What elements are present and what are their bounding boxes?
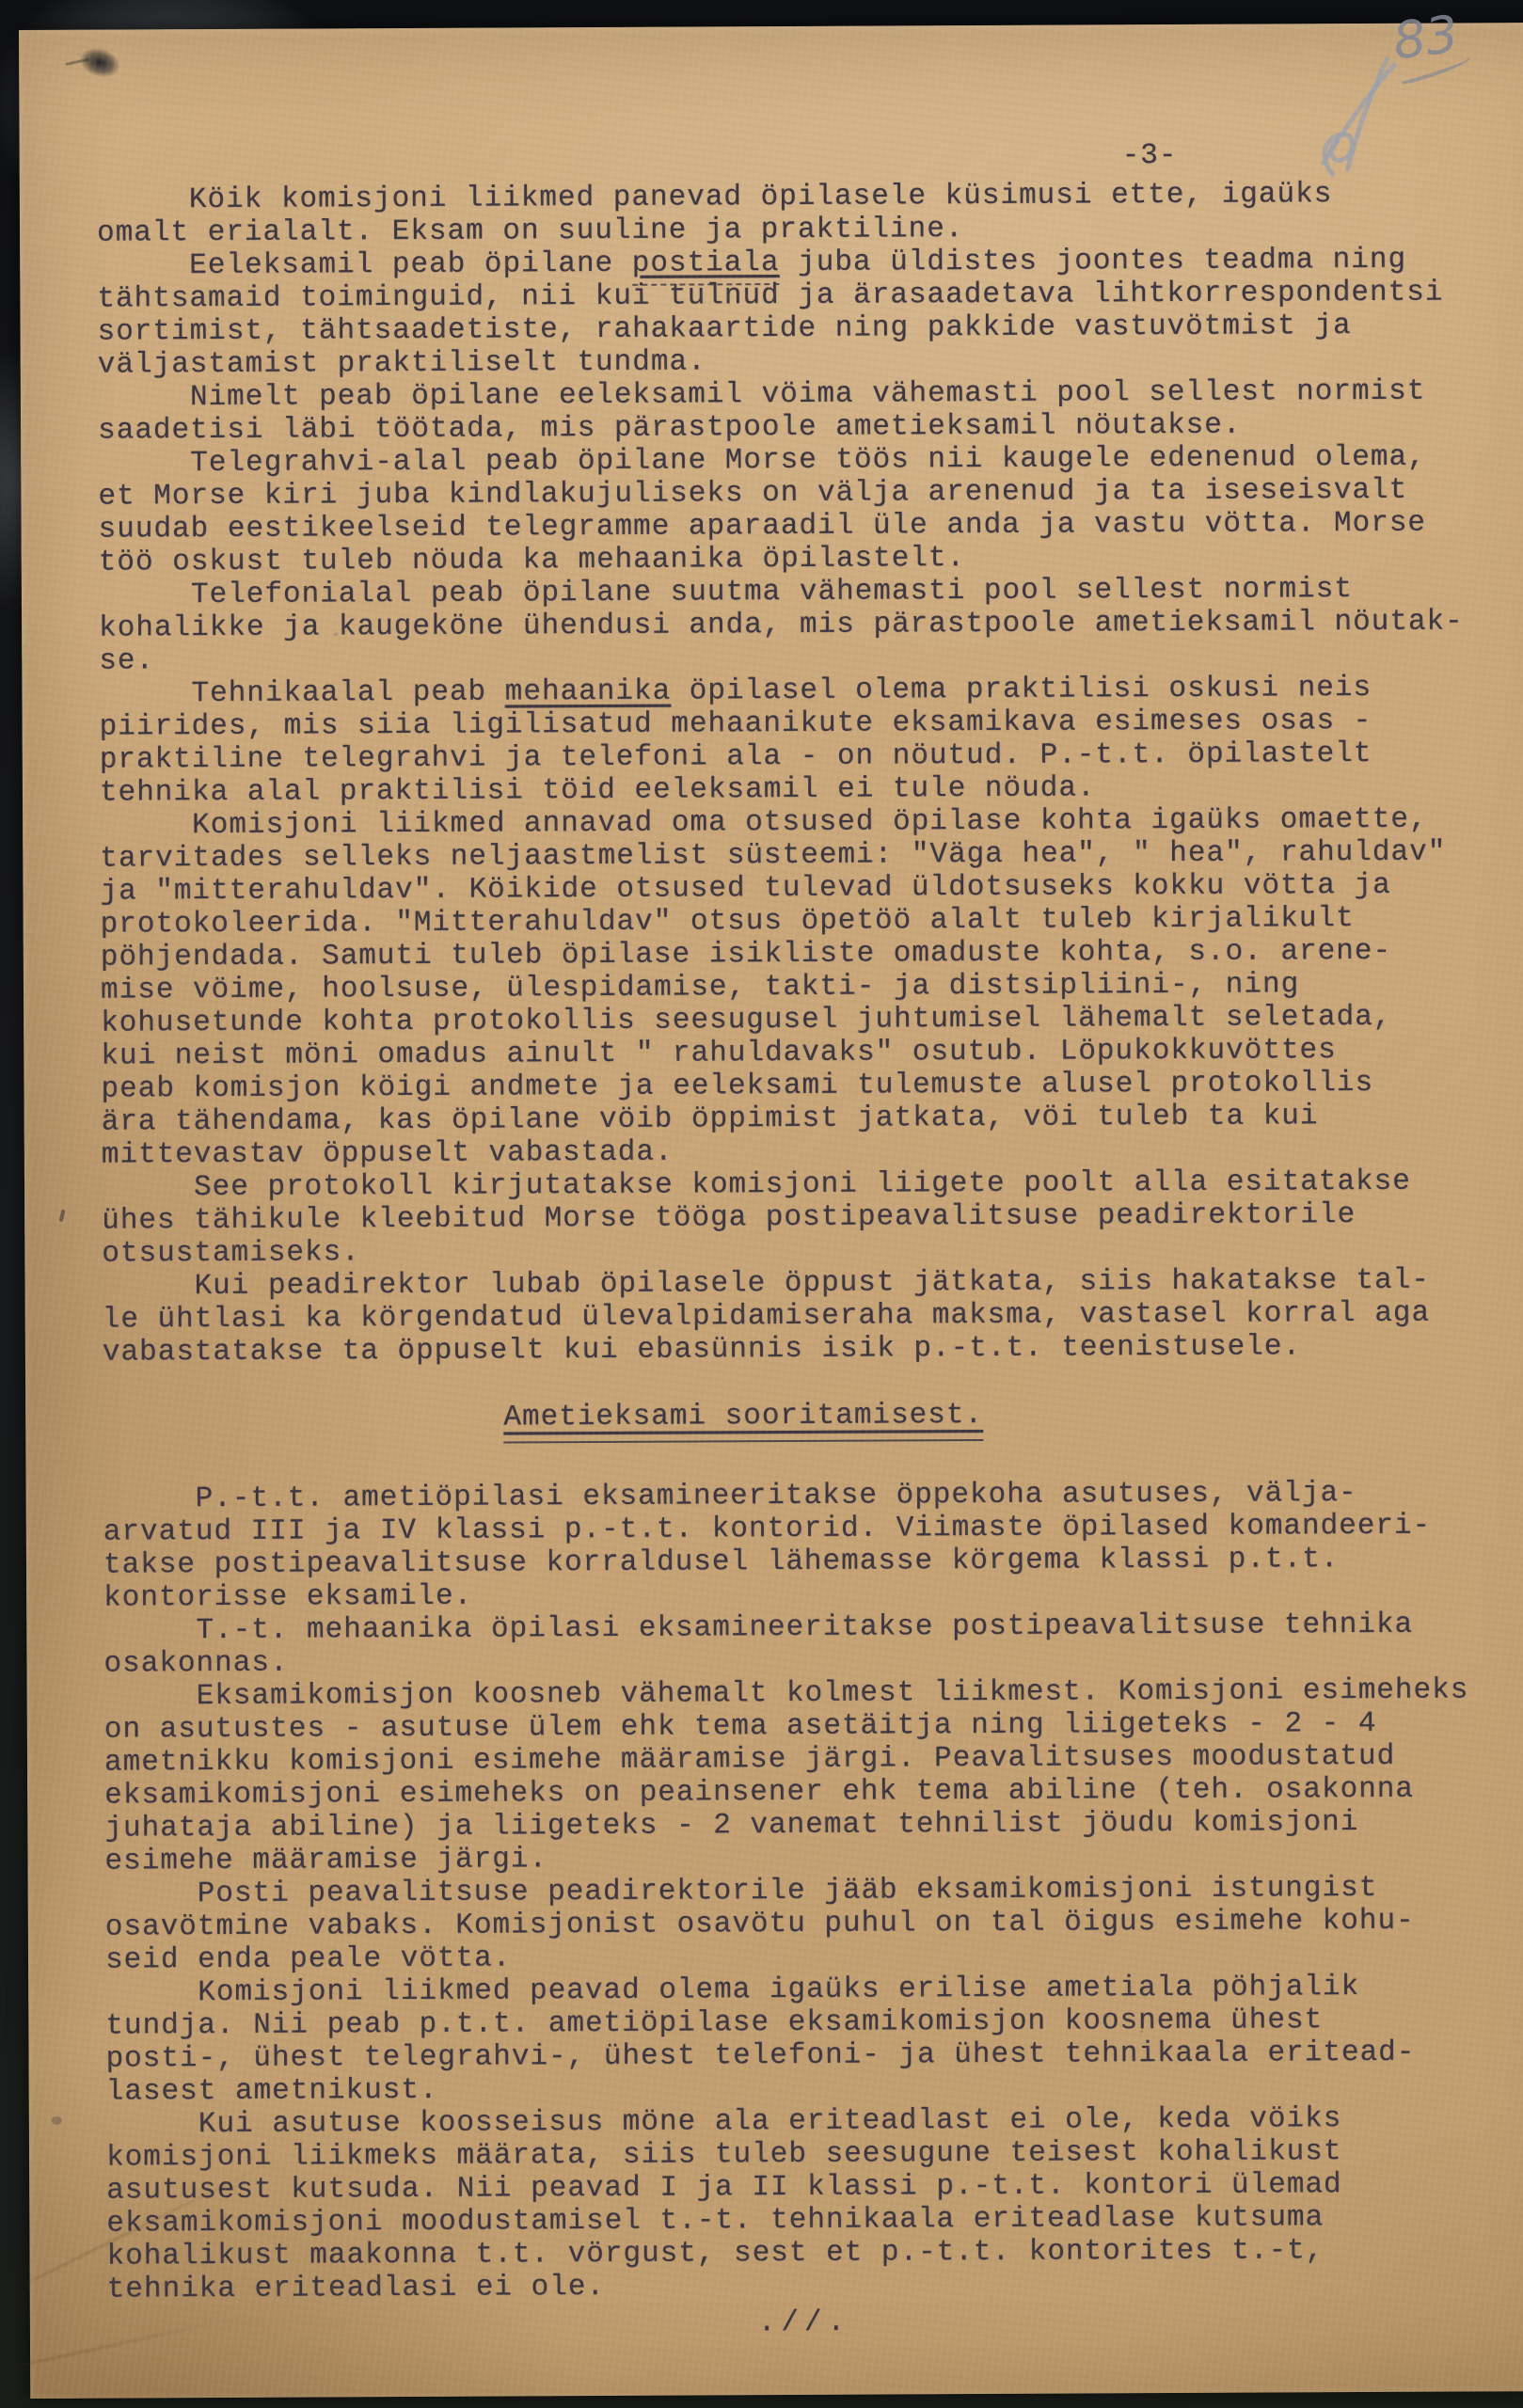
paragraph: Komisjoni liikmed peavad olema igaüks er… bbox=[105, 1970, 1500, 2108]
paragraph: Kui asutuse koosseisus möne ala eriteadl… bbox=[106, 2101, 1501, 2305]
paragraph: Komisjoni liikmed annavad oma otsused öp… bbox=[100, 802, 1496, 1171]
paragraph-text: Tehnikaalal peab bbox=[99, 675, 504, 710]
page-content: -3- Köik komisjoni liikmed panevad öpila… bbox=[97, 137, 1501, 2342]
paragraph: Telegrahvi-alal peab öpilane Morse töös … bbox=[98, 440, 1493, 578]
underlined-word: mehaanika bbox=[505, 675, 672, 709]
paper-speck bbox=[52, 2116, 62, 2125]
paragraph: Eeleksamil peab öpilane postiala juba ül… bbox=[97, 243, 1492, 381]
section-heading-text: Ametieksami sooritamisest. bbox=[503, 1399, 983, 1443]
paragraph: Tehnikaalal peab mehaanika öpilasel olem… bbox=[99, 671, 1494, 809]
typed-page-number: -3- bbox=[1122, 139, 1178, 172]
paper-speck bbox=[59, 1210, 66, 1223]
paragraph: Köik komisjoni liikmed panevad öpilasele… bbox=[97, 177, 1491, 249]
photograph-background: 83 -3- Köik komisjoni liikmed panevad öp… bbox=[0, 0, 1523, 2408]
document-page: 83 -3- Köik komisjoni liikmed panevad öp… bbox=[19, 23, 1523, 2399]
paragraph: See protokoll kirjutatakse komisjoni lii… bbox=[102, 1164, 1496, 1270]
ink-blot bbox=[76, 43, 124, 83]
end-mark: .//. bbox=[107, 2303, 1501, 2342]
paragraph: T.-t. mehaanika öpilasi eksamineeritakse… bbox=[103, 1608, 1498, 1680]
paragraph: Posti peavalitsuse peadirektorile jääb e… bbox=[105, 1871, 1499, 1976]
paragraph: Eksamikomisjon koosneb vähemalt kolmest … bbox=[104, 1673, 1499, 1877]
paragraph: Nimelt peab öpilane eeleksamil vöima väh… bbox=[98, 374, 1492, 447]
paragraph-text: Eeleksamil peab öpilane bbox=[97, 247, 632, 283]
paragraph: P.-t.t. ametiöpilasi eksamineeritakse öp… bbox=[103, 1476, 1499, 1614]
section-heading: Ametieksami sooritamisest. bbox=[46, 1397, 1440, 1436]
paragraph: Telefonialal peab öpilane suutma vähemas… bbox=[99, 572, 1493, 677]
paragraph: Kui peadirektor lubab öpilasele öppust j… bbox=[102, 1263, 1496, 1369]
